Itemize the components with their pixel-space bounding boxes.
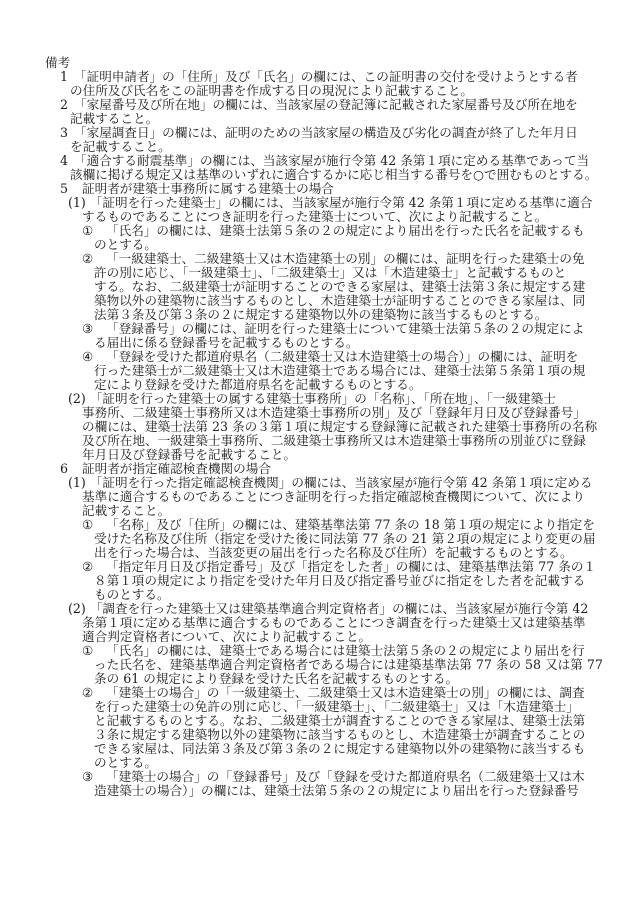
document-text-line: る届出に係る登録番号を記載するものとする。 [94,336,358,350]
document-page: 備考 1「証明申請者」の「住所」及び「氏名」の欄には、この証明書の交付を受けよう… [0,0,630,903]
document-text-line: 行った建築士が二級建築士又は木造建築士である場合には、建築士法第５条第１項の規 [94,364,585,378]
document-text-line: 適合判定資格者について、次により記載すること。 [82,630,371,644]
document-text-line: を記載すること。 [70,140,171,154]
document-text-line: 許の別に応じ、「一級建築士」、「二級建築士」又は「木造建築士」と記載するものと [94,266,566,280]
document-text-line: するものであることにつき証明を行った建築士について、次により記載すること。 [82,210,547,224]
document-text-line: 記載すること。 [70,112,158,126]
document-text-line: ③ [82,322,93,336]
document-text-line: ④ [82,350,93,364]
document-text-line: 「適合する耐震基準」の欄には、当該家屋が施行令第 42 条第１項に定める基準であ… [74,154,589,168]
document-text-line: (1) 「証明を行った建築士」の欄には、当該家屋が施行令第 42 条第１項に定め… [68,196,592,210]
document-text-line: する。なお、二級建築士が証明することのできる家屋は、建築士法第３条に規定する建 [94,280,585,294]
document-text-line: 「氏名」の欄には、建築士法第５条の２の規定により届出を行った氏名を記載するも [106,224,585,238]
document-text-line: 証明者が建築士事務所に属する建築士の場合 [82,182,334,196]
document-text-line: った氏名を、建築基準適合判定資格者である場合には建築基準法第 77 条の 58 … [94,658,603,672]
document-text-line: 年月日及び登録番号を記載すること。 [82,448,296,462]
document-text-line: 「名称」及び「住所」の欄には、建築基準法第 77 条の 18 第１項の規定により… [106,518,595,532]
document-text-line: ② [82,252,93,266]
document-text-line: ８第１項の規定により指定を受けた年月日及び指定番号並びに指定をした者を記載する [94,574,585,588]
document-text-line: 記載すること。 [82,504,170,518]
document-text-line: 「証明申請者」の「住所」及び「氏名」の欄には、この証明書の交付を受けようとする者 [74,70,578,84]
document-text-line: ３条に規定する建築物以外の建築物に該当するものとし、木造建築士が調査することの [94,728,585,742]
document-text-line: ② [82,560,93,574]
document-text-line: 1 [60,70,68,84]
document-text-line: (1) 「証明を行った指定確認検査機関」の欄には、当該家屋が施行令第 42 条第… [68,476,592,490]
document-text-line: 基準に適合するものであることにつき証明を行った指定確認検査機関について、次により [82,490,585,504]
document-text-line: の欄には、建築士法第 23 条の３第１項に規定する登録簿に記載された建築士事務所… [82,420,597,434]
document-text-line: ① [82,224,93,238]
document-text-line: 2 [60,98,68,112]
document-text-line: 「登録を受けた都道府県名（二級建築士又は木造建築士の場合）」の欄には、証明を [106,350,578,364]
document-text-line: 該欄に掲げる規定又は基準のいずれに適合するかに応じ相当する番号を○で囲むものとす… [70,168,597,182]
document-text-line: 「建築士の場合」の「一級建築士、二級建築士又は木造建築士の別」の欄には、調査 [106,686,585,700]
document-text-line: 築物以外の建築物に該当するものとし、木造建築士が証明することのできる家屋は、同 [94,294,585,308]
document-text-line: ② [82,686,93,700]
document-text-line: ③ [82,770,93,784]
document-text-line: 「家屋番号及び所在地」の欄には、当該家屋の登記簿に記載された家屋番号及び所在地を [74,98,578,112]
document-text-line: 「一級建築士、二級建築士又は木造建築士の別」の欄には、証明を行った建築士の免 [106,252,585,266]
document-text-line: 4 [60,154,68,168]
document-text-line: 3 [60,126,68,140]
document-text-line: のとする。 [94,756,157,770]
document-text-line: 条の 61 の規定により登録を受けた氏名を記載するものとする。 [94,672,458,686]
document-text-line: (2) 「調査を行った建築士又は建築基準適合判定資格者」の欄には、当該家屋が施行… [68,602,588,616]
document-text-line: の住所及び氏名をこの証明書を作成する日の現況により記載すること。 [70,84,473,98]
document-text-line: 「家屋調査日」の欄には、証明のための当該家屋の構造及び劣化の調査が終了した年月日 [74,126,578,140]
document-text-line: 法第３条及び第３条の２に規定する建築物以外の建築物に該当するものとする。 [94,308,547,322]
document-text-line: 定により登録を受けた都道府県名を記載するものとする。 [94,378,421,392]
document-text-line: ものとする。 [94,588,170,602]
document-text-line: 「指定年月日及び指定番号」及び「指定をした者」の欄には、建築基準法第 77 条の… [106,560,596,574]
document-text-line: 及び所在地、一級建築士事務所、二級建築士事務所又は木造建築士事務所の別並びに登録 [82,434,586,448]
notes-heading: 備考 [45,56,70,70]
document-text-line: 受けた名称及び住所（指定を受けた後に同法第 77 条の 21 第２項の規定により… [94,532,595,546]
document-text-line: ① [82,518,93,532]
document-text-line: 造建築士の場合）」の欄には、建築士法第５条の２の規定により届出を行った登録番号 [94,784,579,798]
document-text-line: 「氏名」の欄には、建築士である場合には建築士法第５条の２の規定により届出を行 [106,644,585,658]
document-text-line: のとする。 [94,238,157,252]
document-text-line: と記載するものとする。なお、二級建築士が調査することのできる家屋は、建築士法第 [94,714,585,728]
document-text-line: 「建築士の場合」の「登録番号」及び「登録を受けた都道府県名（二級建築士又は木 [106,770,585,784]
document-text-line: 6 [60,462,68,476]
document-text-line: 証明者が指定確認検査機関の場合 [82,462,271,476]
document-text-line: 事務所、二級建築士事務所又は木造建築士事務所の別」及び「登録年月日及び登録番号」 [82,406,586,420]
document-text-line: 「登録番号」の欄には、証明を行った建築士について建築士法第５条の２の規定によ [106,322,584,336]
document-text-line: 条第１項に定める基準に適合するものであることにつき調査を行った建築士又は建築基準 [82,616,586,630]
document-text-line: 5 [60,182,68,196]
document-text-line: を行った建築士の免許の別に応じ、「一級建築士」、「二級建築士」又は「木造建築士」 [94,700,579,714]
document-text-line: ① [82,644,93,658]
document-text-line: 出を行った場合は、当該変更の届出を行った名称及び住所）を記載するものとする。 [94,546,573,560]
document-text-line: (2) 「証明を行った建築士の属する建築士事務所」の「名称」、「所在地」、「一級… [68,392,556,406]
document-text-line: できる家屋は、同法第３条及び第３条の２に規定する建築物以外の建築物に該当するも [94,742,585,756]
